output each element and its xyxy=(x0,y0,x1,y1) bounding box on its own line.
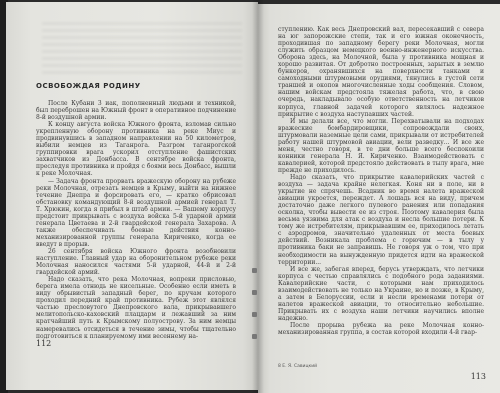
right-page-content: ступлению. Как весь Днепровский вал, пер… xyxy=(278,26,484,336)
paragraph: После Кубани 3 иак, пополненный людьми и… xyxy=(36,100,236,121)
paragraph: И все же, забегая вперед, берусь утвержд… xyxy=(278,266,484,322)
paragraph: 26 сентября войска Южного фронта возобно… xyxy=(36,248,236,276)
staple-mark xyxy=(252,312,257,317)
paragraph: — Задача фронта прорвать вражескую оборо… xyxy=(36,178,236,248)
binding-staples xyxy=(252,268,258,348)
paragraph: И мы делали все, что могли. Перехватывал… xyxy=(278,118,484,174)
staple-mark xyxy=(252,290,257,295)
chapter-title: ОСВОБОЖДАЯ РОДИНУ xyxy=(36,82,236,90)
right-page: ступлению. Как весь Днепровский вал, пер… xyxy=(258,4,500,393)
staple-mark xyxy=(252,268,257,273)
paragraph: Надо сказать, что прикрытие кавалерийски… xyxy=(278,174,484,266)
paragraph: После прорыва рубежа на реке Молочная ко… xyxy=(278,322,484,336)
page-number-right: 113 xyxy=(471,372,486,381)
paragraph: Надо сказать, что река Молочная, вопреки… xyxy=(36,276,236,339)
paragraph: К концу августа войска Южного фронта, вз… xyxy=(36,121,236,177)
page-number-left: 112 xyxy=(36,339,51,348)
book-spread: ОСВОБОЖДАЯ РОДИНУ После Кубани 3 иак, по… xyxy=(0,0,500,393)
printer-signature-mark: 8 Е. Я. Савицкий xyxy=(278,364,317,369)
left-page: ОСВОБОЖДАЯ РОДИНУ После Кубани 3 иак, по… xyxy=(6,2,258,390)
bleed-through-text xyxy=(42,22,242,77)
paragraph: ступлению. Как весь Днепровский вал, пер… xyxy=(278,26,484,118)
staple-mark xyxy=(252,334,257,339)
left-page-content: ОСВОБОЖДАЯ РОДИНУ После Кубани 3 иак, по… xyxy=(36,82,236,340)
